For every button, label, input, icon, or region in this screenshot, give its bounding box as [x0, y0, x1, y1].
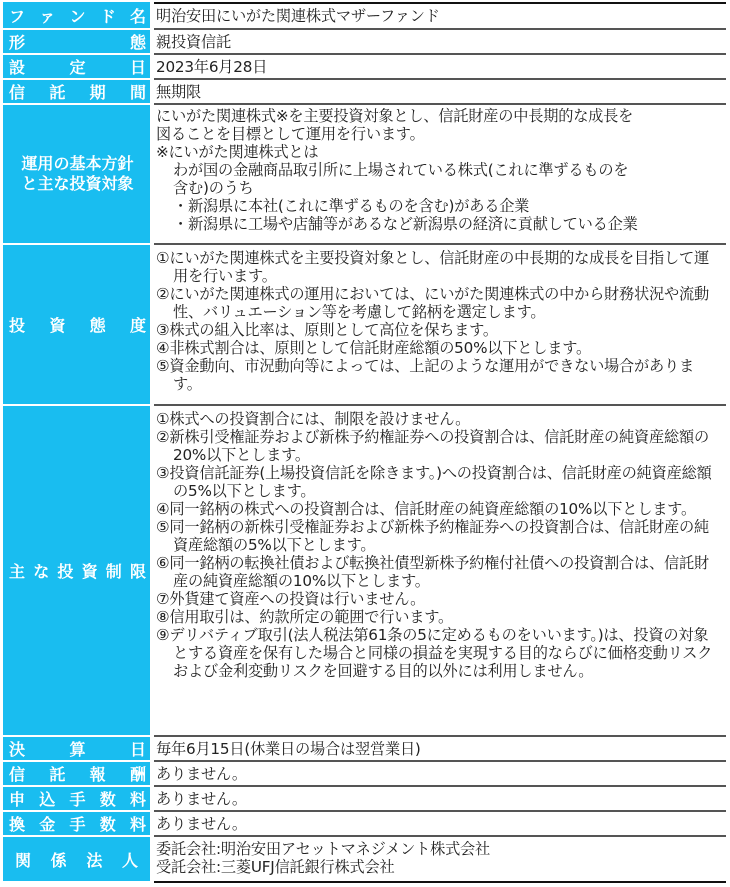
- value-closing-date: 毎年6月15日(休業日の場合は翌営業日): [154, 737, 726, 762]
- row-fund-name: ファンド名 明治安田にいがた関連株式マザーファンド: [3, 2, 726, 30]
- label-char: 度: [130, 313, 146, 336]
- label-char: ド: [100, 4, 116, 27]
- restriction-item: ⑥同一銘柄の転換社債および転換社債型新株予約権付社債への投資割合は、信託財産の純…: [156, 554, 722, 590]
- label-investment-policy: 運用の基本方針 と主な投資対象: [3, 105, 150, 245]
- label-char: 託: [49, 80, 65, 103]
- label-char: 信: [9, 762, 25, 785]
- restriction-item: ⑦外貨建て資産への投資は行いません。: [156, 590, 722, 608]
- policy-line: 図ることを目標として運用を行います。: [156, 125, 722, 143]
- label-char: 法: [86, 848, 102, 871]
- label-closing-date: 決算日: [3, 737, 150, 762]
- label-char: ァ: [39, 4, 55, 27]
- label-inception-date: 設定日: [3, 55, 150, 80]
- label-char: 人: [122, 848, 138, 871]
- row-investment-restrictions: 主な投資制限 ①株式への投資割合には、制限を設けません。 ②新株引受権証券および…: [3, 406, 726, 737]
- label-subscription-fee: 申込手数料: [3, 787, 150, 812]
- attitude-item: ④非株式割合は、原則として信託財産総額の50%以下とします。: [156, 339, 722, 357]
- label-char: 限: [130, 559, 146, 582]
- row-investment-policy: 運用の基本方針 と主な投資対象 にいがた関連株式※を主要投資対象とし、信託財産の…: [3, 105, 726, 245]
- label-redemption-fee: 換金手数料: [3, 812, 150, 837]
- label-char: 込: [39, 787, 55, 810]
- label-trust-fee: 信託報酬: [3, 762, 150, 787]
- policy-line: 含む)のうち: [156, 179, 722, 197]
- label-char: 設: [9, 55, 25, 78]
- value-redemption-fee: ありません。: [154, 812, 726, 837]
- restriction-item: ⑨デリバティブ取引(法人税法第61条の5に定めるものをいいます。)は、投資の対象…: [156, 626, 722, 680]
- value-trust-period: 無期限: [154, 80, 726, 105]
- label-char: フ: [9, 4, 25, 27]
- label-char: 手: [69, 787, 85, 810]
- label-char: 関: [15, 848, 31, 871]
- related-party-line: 委託会社:明治安田アセットマネジメント株式会社: [156, 840, 722, 858]
- label-line: 運用の基本方針: [21, 154, 133, 174]
- value-form: 親投資信託: [154, 30, 726, 55]
- label-char: 手: [69, 812, 85, 835]
- label-trust-period: 信託期間: [3, 80, 150, 105]
- label-char: 決: [9, 737, 25, 760]
- policy-line: ・新潟県に工場や店舗等があるなど新潟県の経済に貢献している企業: [156, 215, 722, 233]
- row-subscription-fee: 申込手数料 ありません。: [3, 787, 726, 812]
- restriction-item: ⑤同一銘柄の新株引受権証券および新株予約権証券への投資割合は、信託財産の純資産総…: [156, 518, 722, 554]
- value-inception-date: 2023年6月28日: [154, 55, 726, 80]
- restriction-item: ②新株引受権証券および新株予約権証券への投資割合は、信託財産の純資産総額の20%…: [156, 428, 722, 464]
- label-investment-attitude: 投資態度: [3, 245, 150, 406]
- label-char: ン: [69, 4, 85, 27]
- label-char: 金: [39, 812, 55, 835]
- fund-summary-table: ファンド名 明治安田にいがた関連株式マザーファンド 形態 親投資信託 設定日 2…: [3, 2, 726, 883]
- label-char: 態: [90, 313, 106, 336]
- label-char: 報: [90, 762, 106, 785]
- label-char: 換: [9, 812, 25, 835]
- label-char: 間: [130, 80, 146, 103]
- value-fund-name: 明治安田にいがた関連株式マザーファンド: [154, 2, 726, 30]
- label-fund-name: ファンド名: [3, 2, 150, 30]
- label-investment-restrictions: 主な投資制限: [3, 406, 150, 737]
- restriction-item: ③投資信託証券(上場投資信託を除きます。)への投資割合は、信託財産の純資産総額の…: [156, 464, 722, 500]
- label-char: 信: [9, 80, 25, 103]
- policy-line: にいがた関連株式※を主要投資対象とし、信託財産の中長期的な成長を: [156, 107, 722, 125]
- row-redemption-fee: 換金手数料 ありません。: [3, 812, 726, 837]
- restriction-item: ①株式への投資割合には、制限を設けません。: [156, 410, 722, 428]
- label-char: 託: [49, 762, 65, 785]
- label-char: 数: [100, 812, 116, 835]
- value-investment-attitude: ①にいがた関連株式を主要投資対象とし、信託財産の中長期的な成長を目指して運用を行…: [154, 245, 726, 406]
- label-line: と主な投資対象: [21, 174, 133, 194]
- label-char: 定: [69, 55, 85, 78]
- value-related-parties: 委託会社:明治安田アセットマネジメント株式会社 受託会社:三菱UFJ信託銀行株式…: [154, 837, 726, 883]
- label-char: 日: [130, 55, 146, 78]
- label-char: 投: [9, 313, 25, 336]
- label-char: 資: [82, 559, 98, 582]
- label-char: な: [33, 559, 49, 582]
- value-subscription-fee: ありません。: [154, 787, 726, 812]
- label-char: 主: [9, 559, 25, 582]
- label-char: 形: [9, 30, 25, 53]
- related-party-line: 受託会社:三菱UFJ信託銀行株式会社: [156, 858, 722, 876]
- label-char: 算: [69, 737, 85, 760]
- row-related-parties: 関係法人 委託会社:明治安田アセットマネジメント株式会社 受託会社:三菱UFJ信…: [3, 837, 726, 883]
- policy-line: ・新潟県に本社(これに準ずるものを含む)がある企業: [156, 197, 722, 215]
- attitude-item: ③株式の組入比率は、原則として高位を保ちます。: [156, 321, 722, 339]
- policy-line: わが国の金融商品取引所に上場されている株式(これに準ずるものを: [156, 161, 722, 179]
- label-char: 資: [49, 313, 65, 336]
- value-investment-restrictions: ①株式への投資割合には、制限を設けません。 ②新株引受権証券および新株予約権証券…: [154, 406, 726, 737]
- attitude-item: ①にいがた関連株式を主要投資対象とし、信託財産の中長期的な成長を目指して運用を行…: [156, 249, 722, 285]
- row-inception-date: 設定日 2023年6月28日: [3, 55, 726, 80]
- restriction-item: ④同一銘柄の株式への投資割合は、信託財産の純資産総額の10%以下とします。: [156, 500, 722, 518]
- label-char: 料: [130, 787, 146, 810]
- label-related-parties: 関係法人: [3, 837, 150, 883]
- attitude-item: ②にいがた関連株式の運用においては、にいがた関連株式の中から財務状況や流動性、バ…: [156, 285, 722, 321]
- label-char: 酬: [130, 762, 146, 785]
- row-trust-fee: 信託報酬 ありません。: [3, 762, 726, 787]
- label-char: 料: [130, 812, 146, 835]
- label-char: 名: [130, 4, 146, 27]
- policy-line: ※にいがた関連株式とは: [156, 143, 722, 161]
- label-char: 日: [130, 737, 146, 760]
- label-char: 数: [100, 787, 116, 810]
- restriction-item: ⑧信用取引は、約款所定の範囲で行います。: [156, 608, 722, 626]
- label-char: 期: [90, 80, 106, 103]
- label-char: 係: [51, 848, 67, 871]
- label-char: 申: [9, 787, 25, 810]
- value-trust-fee: ありません。: [154, 762, 726, 787]
- row-closing-date: 決算日 毎年6月15日(休業日の場合は翌営業日): [3, 737, 726, 762]
- value-investment-policy: にいがた関連株式※を主要投資対象とし、信託財産の中長期的な成長を 図ることを目標…: [154, 105, 726, 245]
- row-trust-period: 信託期間 無期限: [3, 80, 726, 105]
- label-form: 形態: [3, 30, 150, 55]
- attitude-item: ⑤資金動向、市況動向等によっては、上記のような運用ができない場合があります。: [156, 357, 722, 393]
- label-char: 制: [106, 559, 122, 582]
- label-char: 投: [57, 559, 73, 582]
- row-investment-attitude: 投資態度 ①にいがた関連株式を主要投資対象とし、信託財産の中長期的な成長を目指し…: [3, 245, 726, 406]
- row-form: 形態 親投資信託: [3, 30, 726, 55]
- label-char: 態: [130, 30, 146, 53]
